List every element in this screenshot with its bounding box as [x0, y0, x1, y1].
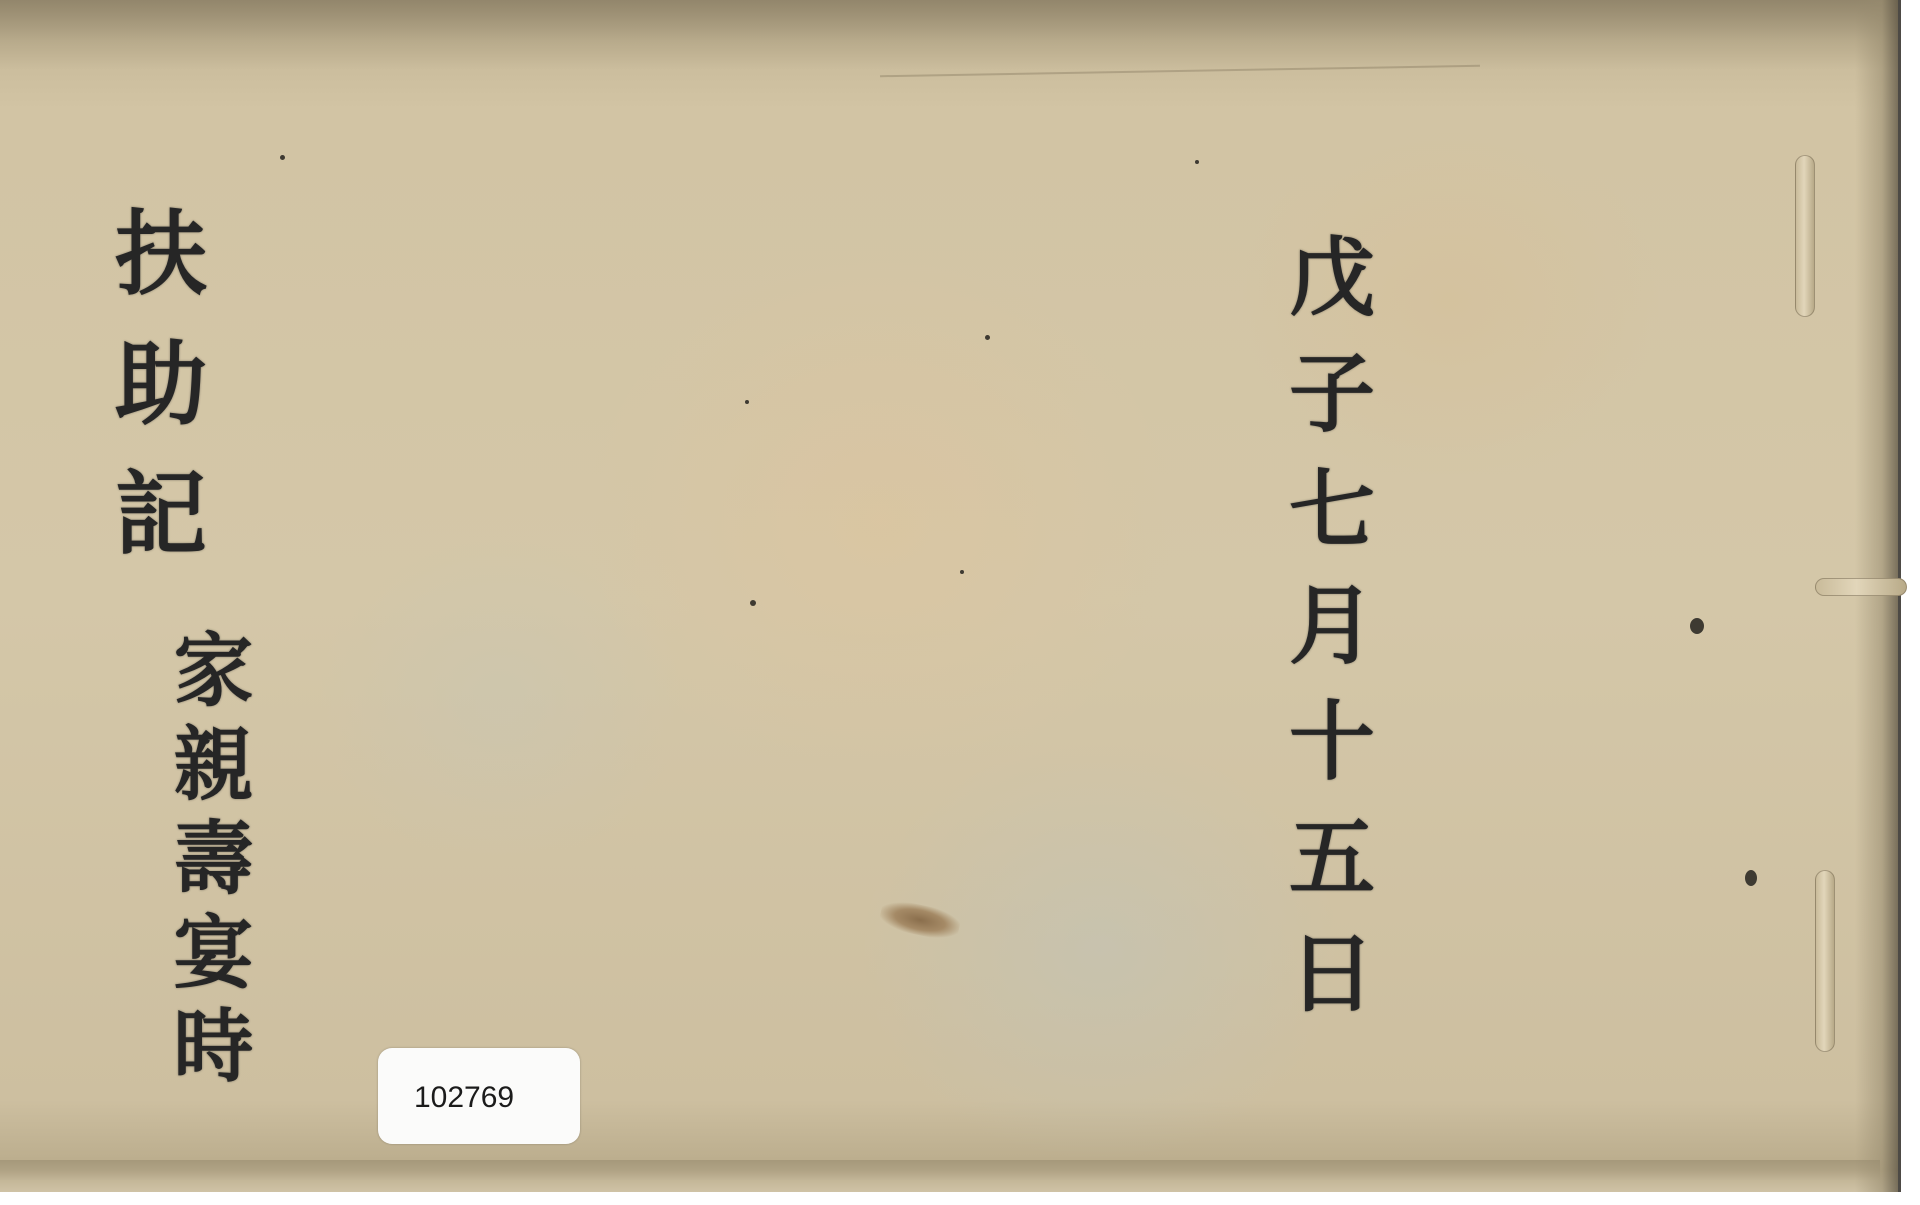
paper-speck: [985, 335, 990, 340]
catalog-number: 102769: [414, 1081, 514, 1115]
paper-speck: [750, 600, 756, 606]
spine-edge: [1898, 0, 1901, 1192]
paper-stain: [878, 897, 962, 943]
paper-speck: [745, 400, 749, 404]
binding-cord-top: [1795, 155, 1815, 317]
binding-cord-bottom: [1815, 870, 1835, 1052]
catalog-label: 102769: [378, 1048, 580, 1144]
title-subtitle: 家親壽宴時: [150, 628, 265, 1098]
worn-top-edge: [0, 0, 1900, 70]
binding-spine: [1855, 0, 1900, 1192]
manuscript-cover: 扶助記 家親壽宴時 戊子七月十五日 102769: [0, 0, 1900, 1192]
paper-speck: [1195, 160, 1199, 164]
paper-speck: [1745, 870, 1757, 886]
paper-speck: [960, 570, 964, 574]
paper-speck: [1690, 618, 1704, 634]
title-main: 扶助記: [88, 205, 220, 595]
binding-cord-middle: [1815, 578, 1907, 596]
paper-speck: [280, 155, 285, 160]
date-inscription: 戊子七月十五日: [1262, 232, 1386, 1044]
bottom-fold-edge: [0, 1160, 1880, 1180]
